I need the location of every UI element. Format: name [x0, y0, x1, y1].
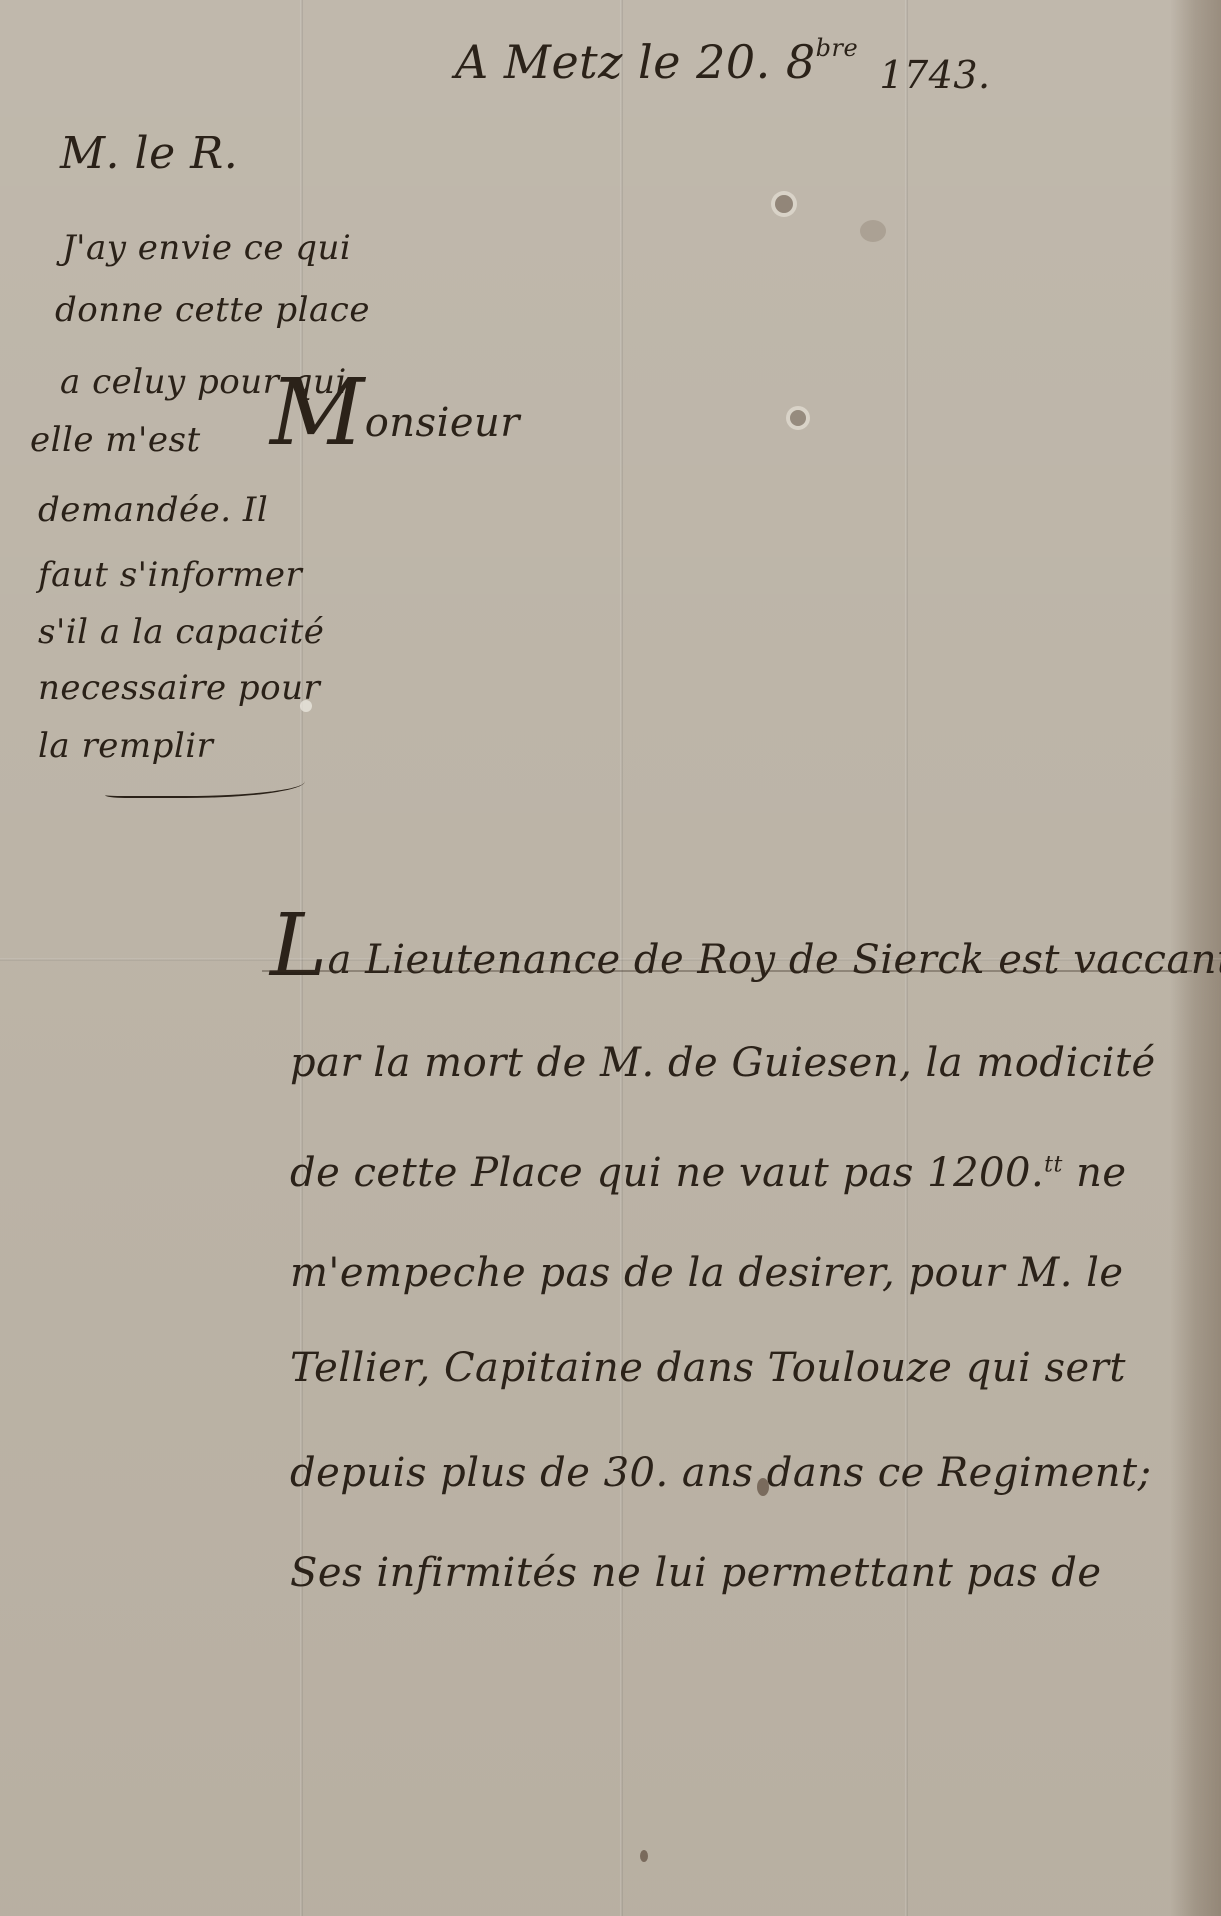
marginal-note-line: donne cette place [55, 290, 370, 330]
dateline-year: 1743. [879, 53, 990, 97]
dateline-month-suffix: bre [816, 34, 859, 62]
dateline-month: 8 [786, 35, 816, 89]
manuscript-page: A Metz le 20. 8bre 1743. M. le R. J'ay e… [0, 0, 1221, 1916]
marginal-note-line: la remplir [38, 726, 213, 766]
paper-stain [790, 410, 806, 426]
dateline-day: 20. [696, 35, 771, 89]
body-line-text: ne [1063, 1150, 1127, 1196]
marginal-note-line: J'ay envie ce qui [62, 228, 351, 268]
marginal-note-line: faut s'informer [38, 555, 302, 595]
ink-blot [640, 1850, 648, 1862]
body-line: La Lieutenance de Roy de Sierck est vacc… [270, 925, 1221, 983]
body-line: Tellier, Capitaine dans Toulouze qui ser… [290, 1345, 1126, 1391]
body-line-text: a Lieutenance de Roy de Sierck est vacca… [328, 937, 1221, 983]
flourish [105, 770, 305, 798]
body-line: depuis plus de 30. ans dans ce Regiment; [290, 1450, 1152, 1496]
paper-stain [775, 195, 793, 213]
body-line: de cette Place qui ne vaut pas 1200.tt n… [290, 1150, 1127, 1196]
body-initial: L [270, 896, 328, 996]
marginal-note-line: necessaire pour [38, 668, 320, 708]
body-line: par la mort de M. de Guiesen, la modicit… [290, 1040, 1156, 1086]
marginal-note-line: s'il a la capacité [38, 612, 324, 652]
body-line-text: de cette Place qui ne vaut pas 1200. [290, 1150, 1044, 1196]
dateline: A Metz le 20. 8bre 1743. [455, 34, 991, 89]
body-line: Ses infirmités ne lui permettant pas de [290, 1550, 1102, 1596]
marginal-note-line: elle m'est [30, 420, 201, 460]
marginal-note-salutation: M. le R. [60, 128, 238, 179]
paper-stain [860, 220, 886, 242]
address-monsieur: Monsieur [270, 390, 520, 446]
dateline-place: A Metz le [455, 35, 681, 89]
address-initial: M [270, 359, 365, 466]
body-line: m'empeche pas de la desirer, pour M. le [290, 1250, 1124, 1296]
livres-superscript: tt [1044, 1153, 1063, 1178]
marginal-note-line: demandée. Il [38, 490, 268, 530]
address-rest: onsieur [365, 400, 520, 446]
ruled-line [262, 970, 1192, 972]
